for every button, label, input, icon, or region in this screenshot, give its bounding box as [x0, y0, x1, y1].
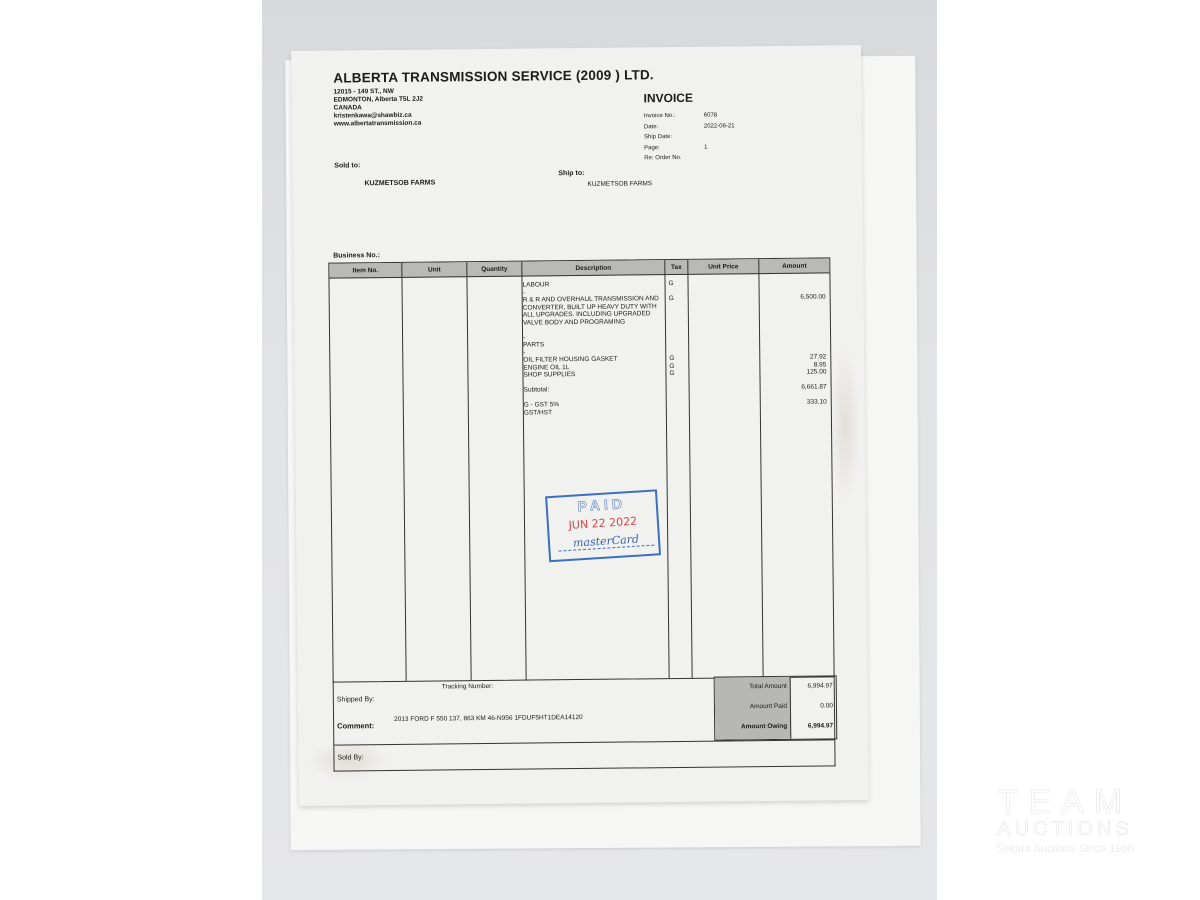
meta-label: Ship Date: [644, 132, 704, 143]
stain [829, 345, 861, 505]
invoice-paper: ALBERTA TRANSMISSION SERVICE (2009 ) LTD… [291, 45, 869, 806]
team-auctions-watermark: TEAM AUCTIONS Sekura Auctions Since 1966 [990, 785, 1140, 855]
meta-label: Page: [644, 142, 704, 153]
col-tax: Tax [665, 260, 688, 274]
amount-owing-label: Amount Owing [715, 717, 787, 738]
line-amount: 6,500.00 [746, 293, 826, 331]
footer-divider [334, 739, 834, 745]
tax-column: GGGGG [668, 280, 674, 415]
totals-labels: Total Amount Amount Paid Amount Owing [715, 677, 792, 740]
sold-to-value: KUZMETSOB FARMS [364, 180, 435, 188]
line-tax: G [669, 363, 674, 371]
shipped-by-label: Shipped By: [337, 696, 375, 703]
totals-values: 6,994.97 0.00 6,994.97 [791, 676, 837, 738]
invoice-meta: Invoice No.:6078 Date:2022-06-21 Ship Da… [644, 110, 735, 163]
amount-owing-value: 6,994.97 [791, 716, 833, 736]
col-description: Description [522, 260, 665, 275]
website: www.albertatransmission.ca [334, 120, 424, 129]
line-tax [670, 378, 675, 386]
col-item-no: Item No. [329, 263, 402, 278]
line-tax [670, 385, 675, 393]
amount-paid-value: 0.00 [791, 696, 833, 716]
col-unit-price: Unit Price [688, 259, 759, 274]
stamp-title: PAID [547, 493, 656, 516]
comment-label: Comment: [337, 721, 374, 730]
line-amount [747, 406, 827, 414]
amount-column: 6,500.0027.928.95125.006,661.87333.10 [745, 278, 826, 414]
paid-stamp: PAID JUN 22 2022 masterCard [545, 489, 661, 562]
watermark-line: AUCTIONS [990, 819, 1140, 839]
stamp-date: JUN 22 2022 [549, 513, 658, 533]
column-divider [401, 277, 406, 681]
line-tax: G [669, 355, 674, 363]
address-line: EDMONTON, Alberta T5L 2J2 [334, 96, 424, 105]
line-tax [670, 408, 675, 416]
col-amount: Amount [759, 258, 829, 273]
document-title: INVOICE [644, 91, 693, 106]
line-tax [670, 400, 675, 408]
description-column: LABOUR-R & R AND OVERHAUL TRANSMISSION A… [522, 280, 663, 416]
sold-to-label: Sold to: [334, 162, 360, 169]
line-tax [669, 348, 674, 356]
line-tax: G [668, 280, 673, 288]
table-header: Item No. Unit Quantity Description Tax U… [329, 258, 829, 278]
line-tax [669, 288, 674, 296]
col-unit: Unit [402, 262, 467, 277]
line-items-table: Item No. Unit Quantity Description Tax U… [328, 257, 834, 682]
ship-to-value: KUZMETSOB FARMS [587, 180, 652, 188]
col-quantity: Quantity [467, 262, 522, 277]
line-description: GST/HST [524, 408, 664, 417]
invoice-footer: Shipped By: Tracking Number: Comment: 20… [333, 675, 836, 771]
line-tax: G [669, 370, 674, 378]
total-amount-label: Total Amount [715, 677, 787, 698]
sold-by-label: Sold By: [337, 754, 363, 761]
totals-box: Total Amount Amount Paid Amount Owing 6,… [714, 675, 838, 740]
comment-value: 2013 FORD F 550 137, 863 KM 46-N956 1FDU… [394, 714, 583, 723]
invoice-number: 6078 [704, 111, 717, 122]
company-address: 12015 - 149 ST., NW EDMONTON, Alberta T5… [333, 88, 423, 129]
company-name: ALBERTA TRANSMISSION SERVICE (2009 ) LTD… [333, 67, 654, 85]
watermark-line: TEAM [990, 785, 1140, 819]
ship-to-label: Ship to: [558, 170, 584, 177]
column-divider [466, 276, 471, 680]
meta-label: Invoice No.: [644, 111, 704, 122]
stamp-signature: masterCard [558, 532, 655, 552]
page-number: 1 [704, 142, 707, 153]
line-description: R & R AND OVERHAUL TRANSMISSION AND CONV… [523, 295, 663, 334]
meta-label: Date: [644, 121, 704, 132]
tracking-label: Tracking Number: [442, 683, 493, 691]
watermark-tagline: Sekura Auctions Since 1966 [990, 843, 1140, 855]
line-tax [670, 393, 675, 401]
amount-paid-label: Amount Paid [715, 697, 787, 718]
total-amount-value: 6,994.97 [791, 676, 833, 696]
invoice-date: 2022-06-21 [704, 121, 735, 132]
line-tax [669, 333, 674, 341]
meta-label: Re: Order No. [644, 153, 704, 164]
column-divider [687, 274, 692, 678]
business-no-label: Business No.: [333, 252, 380, 259]
line-tax [669, 340, 674, 348]
line-tax: G [669, 295, 674, 333]
